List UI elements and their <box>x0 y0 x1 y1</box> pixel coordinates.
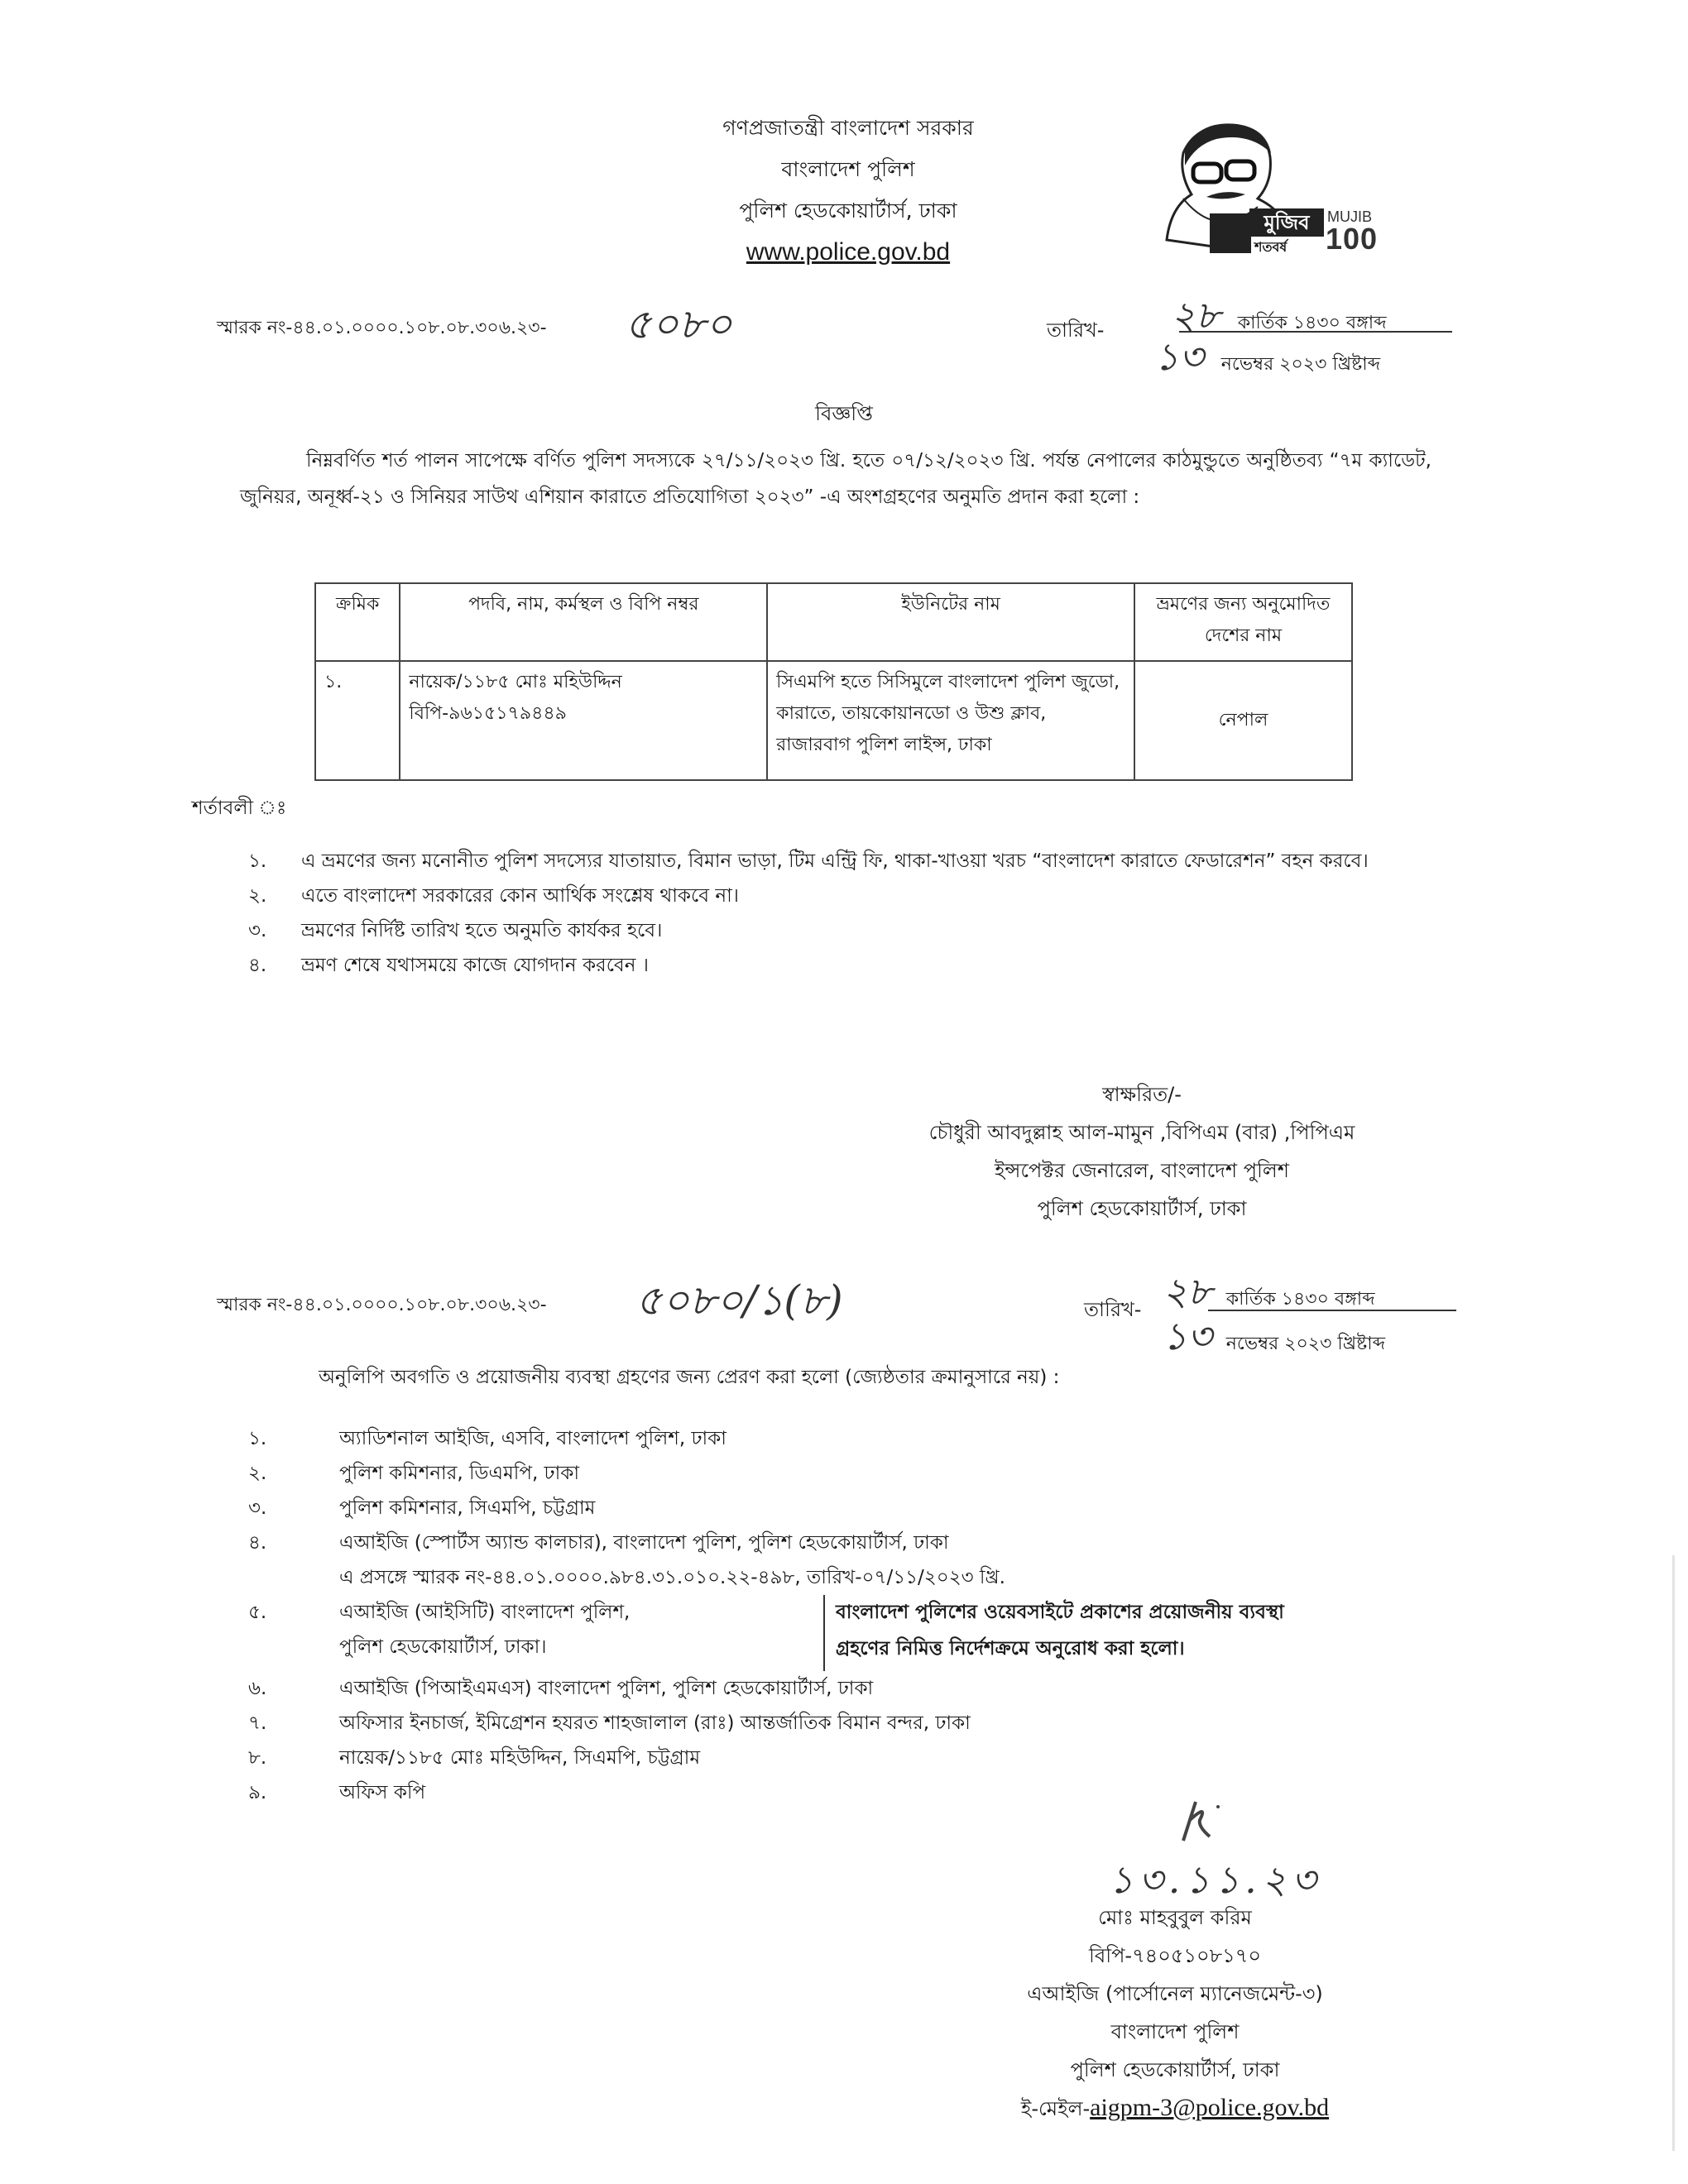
item-text: এতে বাংলাদেশ সরকারের কোন আর্থিক সংশ্লেষ … <box>301 879 1423 913</box>
col-serial: ক্রমিক <box>315 583 400 661</box>
item-text: এ ভ্রমণের জন্য মনোনীত পুলিশ সদস্যের যাতা… <box>301 844 1423 879</box>
person-name: নায়েক/১১৮৫ মোঃ মহিউদ্দিন <box>409 667 758 698</box>
list-item: ৩. পুলিশ কমিশনার, সিএমপি, চট্টগ্রাম <box>248 1491 1407 1525</box>
scan-edge-line <box>1672 1555 1675 2151</box>
website-link[interactable]: www.police.gov.bd <box>629 232 1067 273</box>
list-item: ৫. এআইজি (আইসিটি) বাংলাদেশ পুলিশ, পুলিশ … <box>248 1595 1407 1671</box>
english-day-handwritten: ১৩ <box>1154 334 1204 379</box>
signatory-name: মোঃ মাহবুবুল করিম <box>960 1899 1390 1937</box>
memo-number-label-2: স্মারক নং-৪৪.০১.০০০০.১০৮.০৮.৩০৬.২৩- <box>217 1295 547 1316</box>
signature-initials-icon <box>1175 1795 1225 1845</box>
item-number: ৩. <box>248 1491 298 1525</box>
org-name: বাংলাদেশ পুলিশ <box>629 149 1067 190</box>
signatory-org: বাংলাদেশ পুলিশ <box>960 2013 1390 2051</box>
item-text: এআইজি (পিআইএমএস) বাংলাদেশ পুলিশ, পুলিশ হ… <box>339 1671 1407 1706</box>
item-number: ২. <box>248 1456 298 1491</box>
item-text: অ্যাডিশনাল আইজি, এসবি, বাংলাদেশ পুলিশ, ঢ… <box>339 1421 1407 1456</box>
english-day-handwritten: ১৩ <box>1163 1314 1212 1358</box>
item-number: ৪. <box>248 1525 298 1560</box>
conditions-list: ১. এ ভ্রমণের জন্য মনোনীত পুলিশ সদস্যের য… <box>248 844 1423 983</box>
signatory-designation: ইন্সপেক্টর জেনারেল, বাংলাদেশ পুলিশ <box>894 1152 1390 1190</box>
item-text: অফিস কপি <box>339 1775 1407 1810</box>
col-person: পদবি, নাম, কর্মস্থল ও বিপি নম্বর <box>400 583 767 661</box>
cell-unit: সিএমপি হতে সিসিমুলে বাংলাদেশ পুলিশ জুডো,… <box>767 661 1134 780</box>
date-block-2: তারিখ- ২৮ কার্তিক ১৪৩০ বঙ্গাব্দ ১৩ নভেম্… <box>1084 1270 1448 1344</box>
date-label: তারিখ- <box>1084 1295 1141 1328</box>
item-text: অফিসার ইনচার্জ, ইমিগ্রেশন হযরত শাহজালাল … <box>339 1706 1407 1741</box>
item-number: ২. <box>248 879 298 913</box>
signatory-block-2: মোঃ মাহবুবুল করিম বিপি-৭৪০৫১০৮১৭০ এআইজি … <box>960 1899 1390 2128</box>
email-label: ই-মেইল- <box>1021 2097 1090 2120</box>
signatory-designation: এআইজি (পার্সোনেল ম্যানেজমেন্ট-৩) <box>960 1975 1390 2013</box>
list-item: ২. এতে বাংলাদেশ সরকারের কোন আর্থিক সংশ্ল… <box>248 879 1423 913</box>
side-note: বাংলাদেশ পুলিশের ওয়েবসাইটে প্রকাশের প্র… <box>836 1595 1284 1630</box>
english-date: নভেম্বর ২০২৩ খ্রিষ্টাব্দ <box>1221 354 1380 375</box>
item-text: পুলিশ কমিশনার, সিএমপি, চট্টগ্রাম <box>339 1491 1407 1525</box>
signatory-office: পুলিশ হেডকোয়ার্টার্স, ঢাকা <box>960 2051 1390 2089</box>
list-item: ৭. অফিসার ইনচার্জ, ইমিগ্রেশন হযরত শাহজাল… <box>248 1706 1407 1741</box>
notice-intro: নিম্নবর্ণিত শর্ত পালন সাপেক্ষে বর্ণিত পু… <box>240 443 1431 515</box>
list-item: ১. অ্যাডিশনাল আইজি, এসবি, বাংলাদেশ পুলিশ… <box>248 1421 1407 1456</box>
list-item: ৪. এআইজি (স্পোর্টস অ্যান্ড কালচার), বাংল… <box>248 1525 1407 1595</box>
govt-name: গণপ্রজাতন্ত্রী বাংলাদেশ সরকার <box>629 108 1067 149</box>
item-number: ৩. <box>248 913 298 948</box>
permit-table: ক্রমিক পদবি, নাম, কর্মস্থল ও বিপি নম্বর … <box>314 582 1353 781</box>
item-text: ভ্রমণ শেষে যথাসময়ে কাজে যোগদান করবেন । <box>301 948 1423 983</box>
email-link[interactable]: aigpm-3@police.gov.bd <box>1090 2094 1329 2121</box>
signatory-office: পুলিশ হেডকোয়ার্টার্স, ঢাকা <box>894 1190 1390 1228</box>
letterhead: গণপ্রজাতন্ত্রী বাংলাদেশ সরকার বাংলাদেশ প… <box>629 108 1067 273</box>
mujib-100-logo: মুজিব শতবর্ষ MUJIB 100 <box>1134 116 1382 256</box>
list-item: ৯. অফিস কপি <box>248 1775 1407 1810</box>
item-note: এ প্রসঙ্গে স্মারক নং-৪৪.০১.০০০০.৯৮৪.৩১.০… <box>339 1560 1407 1595</box>
item-text: এআইজি (স্পোর্টস অ্যান্ড কালচার), বাংলাদে… <box>339 1525 1407 1560</box>
cell-person: নায়েক/১১৮৫ মোঃ মহিউদ্দিন বিপি-৯৬১৫১৭৯৪৪… <box>400 661 767 780</box>
list-item: ১. এ ভ্রমণের জন্য মনোনীত পুলিশ সদস্যের য… <box>248 844 1423 879</box>
col-unit: ইউনিটের নাম <box>767 583 1134 661</box>
memo-number-label: স্মারক নং-৪৪.০১.০০০০.১০৮.০৮.৩০৬.২৩- <box>217 318 547 339</box>
list-item: ৪. ভ্রমণ শেষে যথাসময়ে কাজে যোগদান করবেন… <box>248 948 1423 983</box>
list-item: ৬. এআইজি (পিআইএমএস) বাংলাদেশ পুলিশ, পুলি… <box>248 1671 1407 1706</box>
item-number: ৪. <box>248 948 298 983</box>
person-bp: বিপি-৯৬১৫১৭৯৪৪৯ <box>409 698 758 730</box>
table-header-row: ক্রমিক পদবি, নাম, কর্মস্থল ও বিপি নম্বর … <box>315 583 1352 661</box>
logo-sub-text: শতবর্ষ <box>1254 237 1287 259</box>
copy-intro: অনুলিপি অবগতি ও প্রয়োজনীয় ব্যবস্থা গ্র… <box>319 1367 1059 1390</box>
item-number: ১. <box>248 1421 298 1456</box>
signatory-name: চৌধুরী আবদুল্লাহ আল-মামুন ,বিপিএম (বার) … <box>894 1114 1390 1152</box>
item-number: ৬. <box>248 1671 298 1706</box>
item-number: ৯. <box>248 1775 298 1810</box>
item-number: ৫. <box>248 1595 298 1630</box>
signatory-block-1: স্বাক্ষরিত/- চৌধুরী আবদুল্লাহ আল-মামুন ,… <box>894 1075 1390 1228</box>
list-item: ২. পুলিশ কমিশনার, ডিএমপি, ঢাকা <box>248 1456 1407 1491</box>
signed-label: স্বাক্ষরিত/- <box>894 1075 1390 1114</box>
notice-title: বিজ্ঞপ্তি <box>0 399 1688 432</box>
logo-number: 100 <box>1326 222 1378 256</box>
signatory-email-line: ই-মেইল-aigpm-3@police.gov.bd <box>960 2089 1390 2128</box>
memo-number-handwritten: ৫০৮০ <box>625 294 732 362</box>
list-item: ৮. নায়েক/১১৮৫ মোঃ মহিউদ্দিন, সিএমপি, চট… <box>248 1741 1407 1775</box>
item-text: নায়েক/১১৮৫ মোঃ মহিউদ্দিন, সিএমপি, চট্টগ… <box>339 1741 1407 1775</box>
office-name: পুলিশ হেডকোয়ার্টার্স, ঢাকা <box>629 190 1067 232</box>
col-country: ভ্রমণের জন্য অনুমোদিত দেশের নাম <box>1134 583 1352 661</box>
cell-country: নেপাল <box>1134 661 1352 780</box>
item-number: ১. <box>248 844 298 879</box>
bangla-day-handwritten: ২৮ <box>1163 1269 1212 1314</box>
logo-bangla-text: মুজিব <box>1249 208 1324 237</box>
table-row: ১. নায়েক/১১৮৫ মোঃ মহিউদ্দিন বিপি-৯৬১৫১৭… <box>315 661 1352 780</box>
signatory-bp: বিপি-৭৪০৫১০৮১৭০ <box>960 1937 1390 1975</box>
conditions-title: শর্তাবলী ঃ <box>192 793 286 825</box>
item-text: ভ্রমণের নির্দিষ্ট তারিখ হতে অনুমতি কার্য… <box>301 913 1423 948</box>
english-date: নভেম্বর ২০২৩ খ্রিষ্টাব্দ <box>1226 1334 1385 1354</box>
list-item: ৩. ভ্রমণের নির্দিষ্ট তারিখ হতে অনুমতি কা… <box>248 913 1423 948</box>
side-note: গ্রহণের নিমিত্ত নির্দেশক্রমে অনুরোধ করা … <box>836 1631 1185 1666</box>
date-label: তারিখ- <box>1047 315 1104 348</box>
divider-line <box>823 1595 825 1671</box>
copy-list: ১. অ্যাডিশনাল আইজি, এসবি, বাংলাদেশ পুলিশ… <box>248 1421 1407 1810</box>
date-block-1: তারিখ- ২৮ কার্তিক ১৪৩০ বঙ্গাব্দ ১৩ নভেম্… <box>1047 294 1444 368</box>
item-number: ৭. <box>248 1706 298 1741</box>
item-text: পুলিশ কমিশনার, ডিএমপি, ঢাকা <box>339 1456 1407 1491</box>
bangla-date: কার্তিক ১৪৩০ বঙ্গাব্দ <box>1226 1289 1375 1310</box>
item-number: ৮. <box>248 1741 298 1775</box>
cell-serial: ১. <box>315 661 400 780</box>
memo-number-handwritten-2: ৫০৮০/১(৮) <box>635 1270 843 1339</box>
